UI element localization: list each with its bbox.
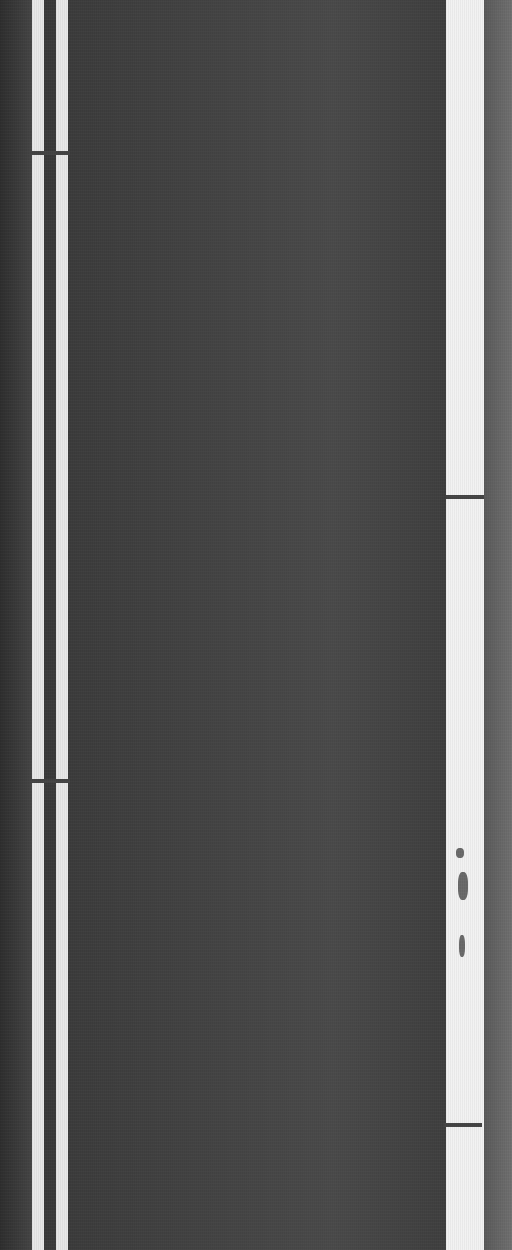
texture-overlay <box>0 0 512 1250</box>
